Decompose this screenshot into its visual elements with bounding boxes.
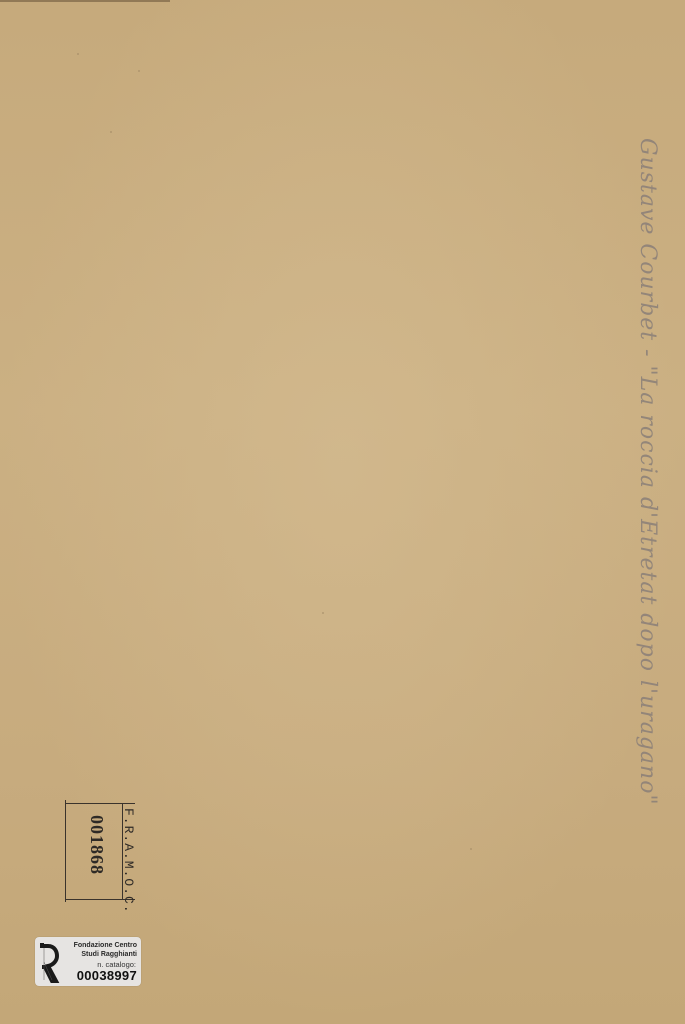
paper-speck	[322, 612, 324, 614]
top-edge-shadow	[0, 0, 170, 2]
paper-speck	[138, 70, 140, 72]
stamp-number: 001868	[86, 815, 107, 875]
handwritten-annotation: Gustave Courbet - "La roccia d'Etretat d…	[635, 138, 660, 806]
organization-name: Fondazione Centro Studi Ragghianti	[57, 941, 137, 959]
org-line-1: Fondazione Centro	[57, 941, 137, 950]
paper-speck	[77, 53, 79, 55]
paper-speck	[110, 131, 112, 133]
catalog-number: 00038997	[77, 968, 137, 983]
paper-background: Gustave Courbet - "La roccia d'Etretat d…	[0, 0, 685, 1024]
stamp-border-left	[65, 800, 66, 902]
org-line-2: Studi Ragghianti	[57, 950, 137, 959]
paper-speck	[470, 848, 472, 850]
catalog-label-sticker: Fondazione Centro Studi Ragghianti n. ca…	[35, 937, 141, 986]
stamp-border-top	[65, 803, 135, 804]
stamp-heading: F.R.A.M.O.C.	[121, 808, 136, 914]
